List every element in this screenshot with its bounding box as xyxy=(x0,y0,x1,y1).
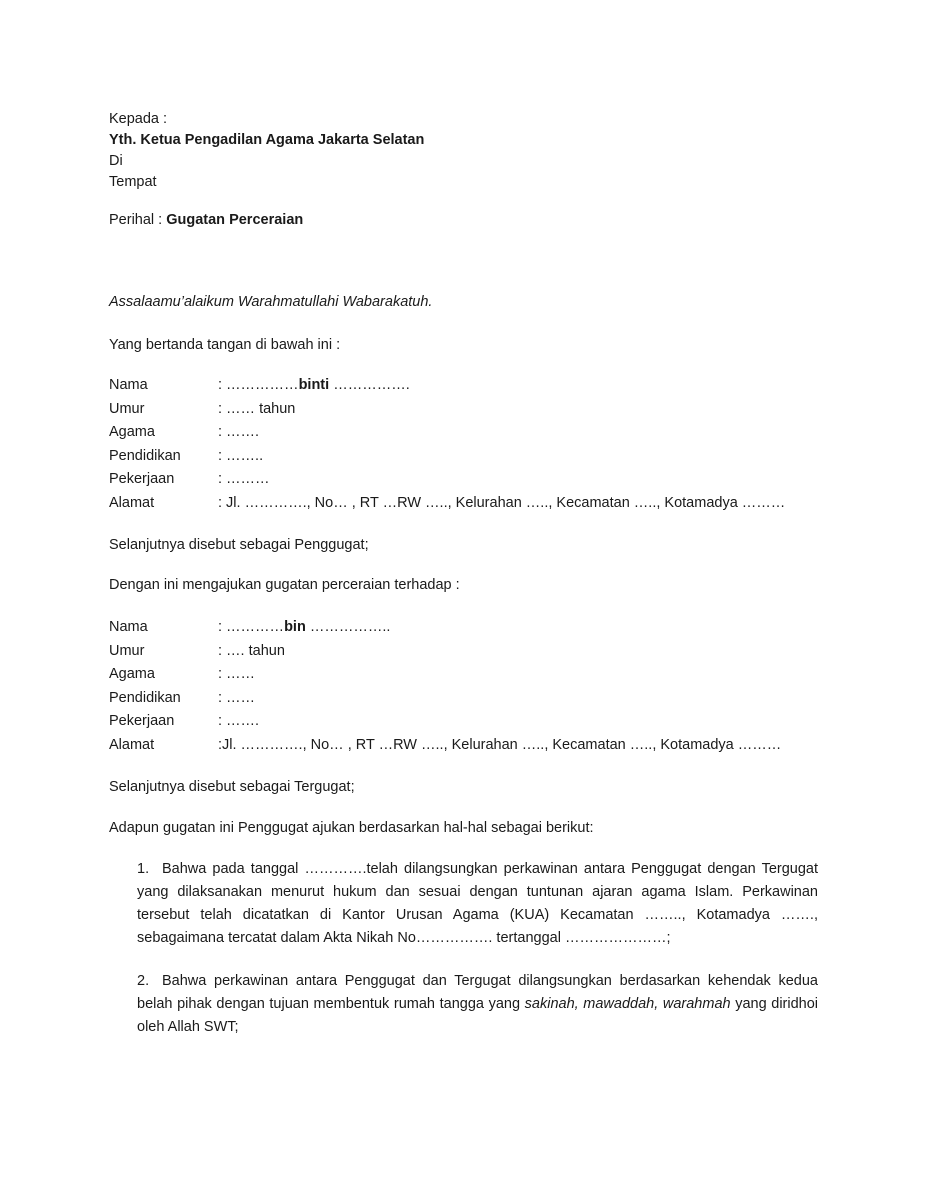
field-value: : …… xyxy=(218,664,255,684)
field-value: : ……. xyxy=(218,711,259,731)
grounds-intro: Adapun gugatan ini Penggugat ajukan berd… xyxy=(109,818,594,838)
field-label: Alamat xyxy=(109,493,154,513)
field-value: : ……………binti ……………. xyxy=(218,375,410,395)
field-value: : …….. xyxy=(218,446,263,466)
recipient-di: Di xyxy=(109,151,123,171)
field-value: : …. tahun xyxy=(218,641,285,661)
field-label: Nama xyxy=(109,617,148,637)
ground-number: 2. xyxy=(137,970,149,993)
ground-item-1: 1. Bahwa pada tanggal ………….telah dilangs… xyxy=(137,858,818,950)
field-label: Agama xyxy=(109,664,155,684)
greeting: Assalaamu’alaikum Warahmatullahi Wabarak… xyxy=(109,292,432,312)
addressee-label: Kepada : xyxy=(109,109,167,129)
subject: Gugatan Perceraian xyxy=(166,212,303,228)
against-statement: Dengan ini mengajukan gugatan perceraian… xyxy=(109,575,460,595)
field-label: Pendidikan xyxy=(109,446,181,466)
field-value: : Jl. …………., No… , RT …RW ….., Kelurahan… xyxy=(218,493,785,513)
field-value: : ……. xyxy=(218,422,259,442)
subject-label: Perihal : xyxy=(109,212,166,228)
field-value: :Jl. …………., No… , RT …RW ….., Kelurahan … xyxy=(218,735,781,755)
field-value: : …… tahun xyxy=(218,399,295,419)
field-label: Alamat xyxy=(109,735,154,755)
field-label: Nama xyxy=(109,375,148,395)
recipient: Yth. Ketua Pengadilan Agama Jakarta Sela… xyxy=(109,130,424,150)
field-label: Pekerjaan xyxy=(109,711,174,731)
field-label: Umur xyxy=(109,399,144,419)
defendant-designation: Selanjutnya disebut sebagai Tergugat; xyxy=(109,777,355,797)
field-label: Agama xyxy=(109,422,155,442)
recipient-place: Tempat xyxy=(109,172,157,192)
field-label: Pekerjaan xyxy=(109,469,174,489)
plaintiff-designation: Selanjutnya disebut sebagai Penggugat; xyxy=(109,535,369,555)
ground-text: Bahwa pada tanggal ………….telah dilangsung… xyxy=(137,858,818,950)
ground-item-2: 2. Bahwa perkawinan antara Penggugat dan… xyxy=(137,970,818,1039)
document-page: Kepada : Yth. Ketua Pengadilan Agama Jak… xyxy=(0,0,927,1200)
field-value: : …………bin …………….. xyxy=(218,617,390,637)
field-label: Pendidikan xyxy=(109,688,181,708)
subject-line: Perihal : Gugatan Perceraian xyxy=(109,210,303,230)
intro: Yang bertanda tangan di bawah ini : xyxy=(109,335,340,355)
field-value: : ……… xyxy=(218,469,270,489)
field-label: Umur xyxy=(109,641,144,661)
field-value: : …… xyxy=(218,688,255,708)
ground-number: 1. xyxy=(137,858,149,881)
ground-text: Bahwa perkawinan antara Penggugat dan Te… xyxy=(137,970,818,1039)
